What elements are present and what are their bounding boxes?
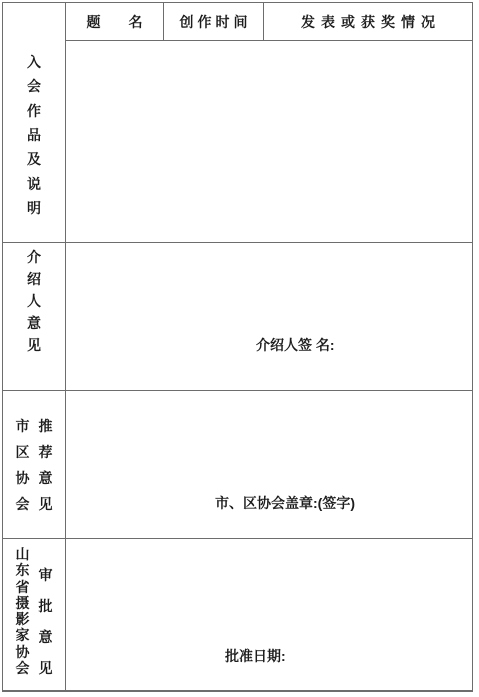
header-cell-publication-award: 发表或获奖情况 [264, 3, 472, 40]
section-introducer-label: 介绍人意见 [27, 250, 41, 352]
section-works-label: 入会作品及说明 [27, 55, 41, 215]
works-header-row: 题名 创作时间 发表或获奖情况 [66, 3, 472, 41]
works-entry-area [66, 41, 472, 242]
section-introducer-body: 介绍人签 名: [66, 243, 472, 390]
section-province-label-right: 审批意见 [39, 568, 53, 675]
section-city-label-right: 推荐意见 [39, 419, 53, 511]
membership-form-table: 入会作品及说明 题名 创作时间 发表或获奖情况 介绍人意见 介绍人签 名: [2, 2, 473, 692]
section-introducer-label-cell: 介绍人意见 [3, 243, 66, 390]
section-province-approval: 山东省摄影家协会 审批意见 批准日期: [3, 539, 472, 690]
section-introducer-opinion: 介绍人意见 介绍人签 名: [3, 243, 472, 391]
section-province-body: 批准日期: [66, 539, 472, 690]
section-city-body: 市、区协会盖章:(签字) [66, 391, 472, 538]
introducer-signature-prompt: 介绍人签 名: [256, 338, 335, 353]
section-city-label-cell: 市区协会 推荐意见 [3, 391, 66, 538]
header-title-label: 题名 [87, 15, 143, 29]
section-city-label-left: 市区协会 [16, 419, 30, 511]
section-works-body: 题名 创作时间 发表或获奖情况 [66, 3, 472, 242]
header-award-label: 发表或获奖情况 [295, 12, 441, 32]
header-time-label: 创作时间 [176, 12, 252, 32]
section-works-label-cell: 入会作品及说明 [3, 3, 66, 242]
approval-date-prompt: 批准日期: [225, 649, 286, 664]
header-cell-title: 题名 [66, 3, 164, 40]
section-province-label-cell: 山东省摄影家协会 审批意见 [3, 539, 66, 690]
section-works: 入会作品及说明 题名 创作时间 发表或获奖情况 [3, 3, 472, 243]
city-association-seal-prompt: 市、区协会盖章:(签字) [215, 496, 355, 511]
section-province-label-left: 山东省摄影家协会 [16, 547, 30, 675]
section-city-district-recommendation: 市区协会 推荐意见 市、区协会盖章:(签字) [3, 391, 472, 539]
header-cell-creation-time: 创作时间 [164, 3, 264, 40]
